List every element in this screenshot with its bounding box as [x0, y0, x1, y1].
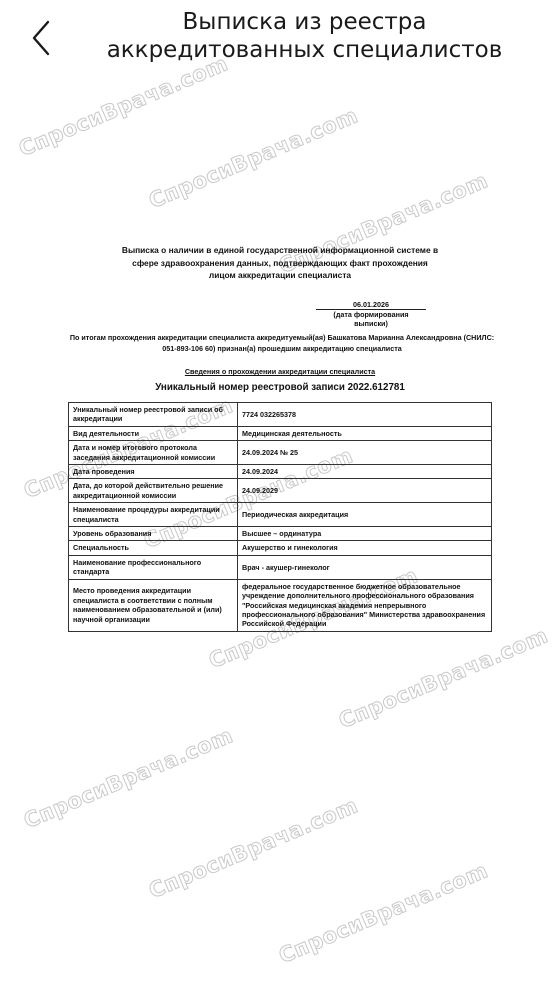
- row-value: 24.09.2024: [238, 465, 492, 479]
- row-label: Наименование процедуры аккредитации спец…: [69, 503, 238, 527]
- table-row: Место проведения аккредитации специалист…: [69, 579, 492, 631]
- row-label: Дата проведения: [69, 465, 238, 479]
- table-row: Вид деятельностиМедицинская деятельность: [69, 426, 492, 440]
- page-title: Выписка из реестра аккредитованных специ…: [80, 8, 529, 64]
- row-label: Вид деятельности: [69, 426, 238, 440]
- row-label: Дата и номер итогового протокола заседан…: [69, 441, 238, 465]
- row-label: Уровень образования: [69, 527, 238, 541]
- issue-date-caption: (дата формирования выписки): [316, 310, 426, 328]
- chevron-left-icon: [28, 16, 56, 60]
- row-value: 7724 032265378: [238, 403, 492, 427]
- issue-date: 06.01.2026: [316, 300, 426, 310]
- watermark: СпросиВрача.com: [145, 793, 361, 903]
- row-value: Высшее – ординатура: [238, 527, 492, 541]
- row-value: Врач - акушер-гинеколог: [238, 555, 492, 579]
- section-title: Сведения о прохождении аккредитации спец…: [60, 367, 500, 376]
- table-row: Уровень образованияВысшее – ординатура: [69, 527, 492, 541]
- row-value: 24.09.2024 № 25: [238, 441, 492, 465]
- row-value: Акушерство и гинекология: [238, 541, 492, 555]
- row-label: Наименование профессионального стандарта: [69, 555, 238, 579]
- title-line-2: аккредитованных специалистов: [80, 36, 529, 64]
- watermark: СпросиВрача.com: [275, 858, 491, 968]
- document-page: СпросиВрача.com СпросиВрача.com СпросиВр…: [0, 0, 559, 1000]
- row-label: Уникальный номер реестровой записи об ак…: [69, 403, 238, 427]
- row-value: Периодическая аккредитация: [238, 503, 492, 527]
- top-bar: Выписка из реестра аккредитованных специ…: [0, 0, 559, 80]
- watermark: СпросиВрача.com: [335, 623, 551, 733]
- row-value: 24.09.2029: [238, 479, 492, 503]
- row-label: Специальность: [69, 541, 238, 555]
- title-line-1: Выписка из реестра: [80, 8, 529, 36]
- table-row: Уникальный номер реестровой записи об ак…: [69, 403, 492, 427]
- table-row: Наименование профессионального стандарта…: [69, 555, 492, 579]
- registry-number: Уникальный номер реестровой записи 2022.…: [60, 382, 500, 393]
- row-label: Дата, до которой действительно решение а…: [69, 479, 238, 503]
- result-paragraph: По итогам прохождения аккредитации специ…: [62, 333, 502, 354]
- table-row: Дата проведения24.09.2024: [69, 465, 492, 479]
- accreditation-table: Уникальный номер реестровой записи об ак…: [68, 402, 492, 632]
- watermark: СпросиВрача.com: [145, 103, 361, 213]
- row-label: Место проведения аккредитации специалист…: [69, 579, 238, 631]
- row-value: Медицинская деятельность: [238, 426, 492, 440]
- table-row: Наименование процедуры аккредитации спец…: [69, 503, 492, 527]
- row-value: федеральное государственное бюджетное об…: [238, 579, 492, 631]
- table-row: Дата, до которой действительно решение а…: [69, 479, 492, 503]
- watermark: СпросиВрача.com: [20, 723, 236, 833]
- table-row: Дата и номер итогового протокола заседан…: [69, 441, 492, 465]
- table-row: СпециальностьАкушерство и гинекология: [69, 541, 492, 555]
- back-button[interactable]: [28, 16, 56, 60]
- date-block: 06.01.2026 (дата формирования выписки): [316, 300, 426, 328]
- document-heading: Выписка о наличии в единой государственн…: [120, 244, 440, 282]
